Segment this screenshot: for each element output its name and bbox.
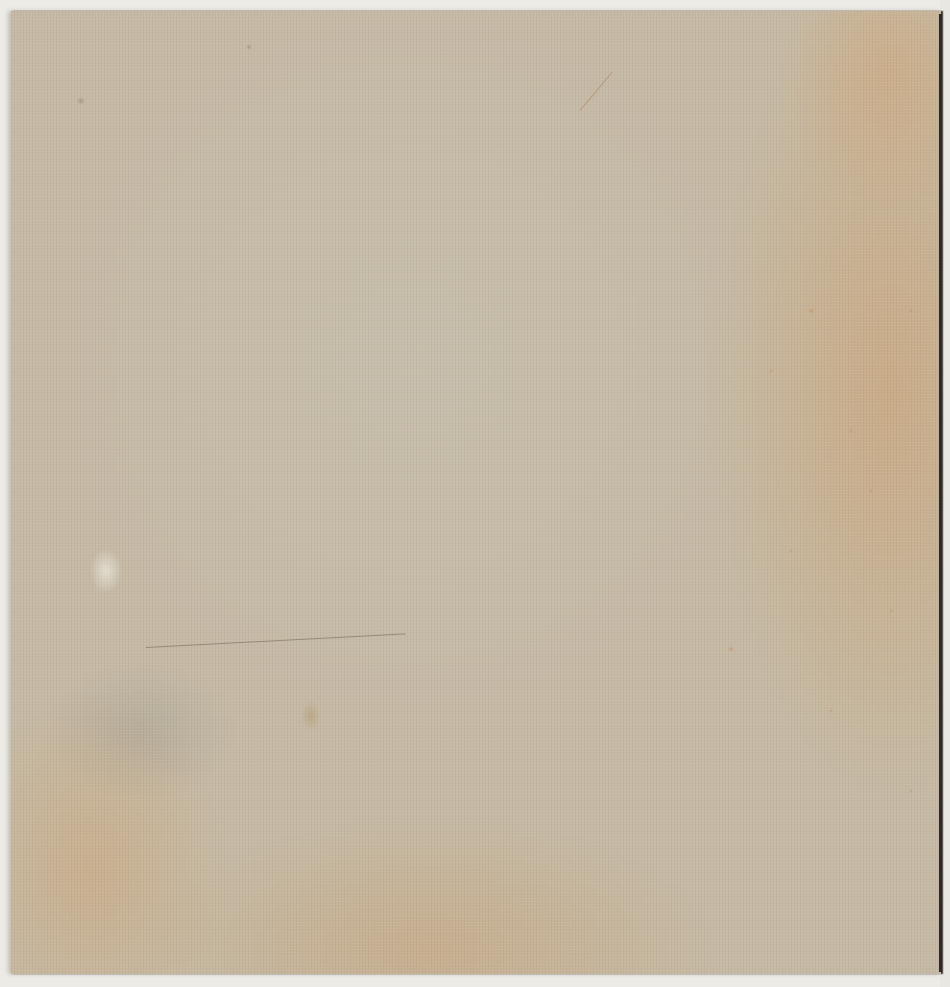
linen-panel	[11, 11, 941, 974]
foxing-spots	[11, 11, 941, 974]
panel-edge-shadow	[939, 14, 942, 972]
